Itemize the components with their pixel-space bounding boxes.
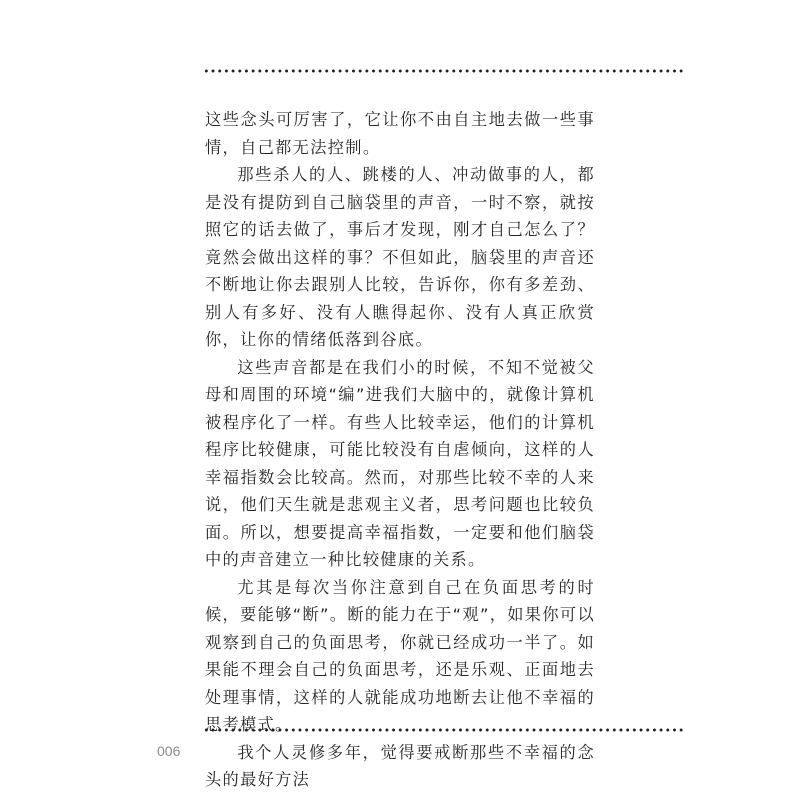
paragraph-5: 我个人灵修多年，觉得要戒断那些不幸福的念头的最好方法 [205,739,595,794]
bottom-dotted-rule [203,728,683,732]
paragraph-3: 这些声音都是在我们小的时候，不知不觉被父母和周围的环境“编”进我们大脑中的，就像… [205,354,595,574]
paragraph-1: 这些念头可厉害了，它让你不由自主地去做一些事情，自己都无法控制。 [205,106,595,161]
body-text: 这些念头可厉害了，它让你不由自主地去做一些事情，自己都无法控制。 那些杀人的人、… [205,106,595,794]
page-number: 006 [157,743,180,759]
paragraph-4: 尤其是每次当你注意到自己在负面思考的时候，要能够“断”。断的能力在于“观”，如果… [205,574,595,739]
book-page: 这些念头可厉害了，它让你不由自主地去做一些事情，自己都无法控制。 那些杀人的人、… [0,0,800,800]
paragraph-2: 那些杀人的人、跳楼的人、冲动做事的人，都是没有提防到自己脑袋里的声音，一时不察，… [205,161,595,354]
top-dotted-rule [203,69,683,73]
